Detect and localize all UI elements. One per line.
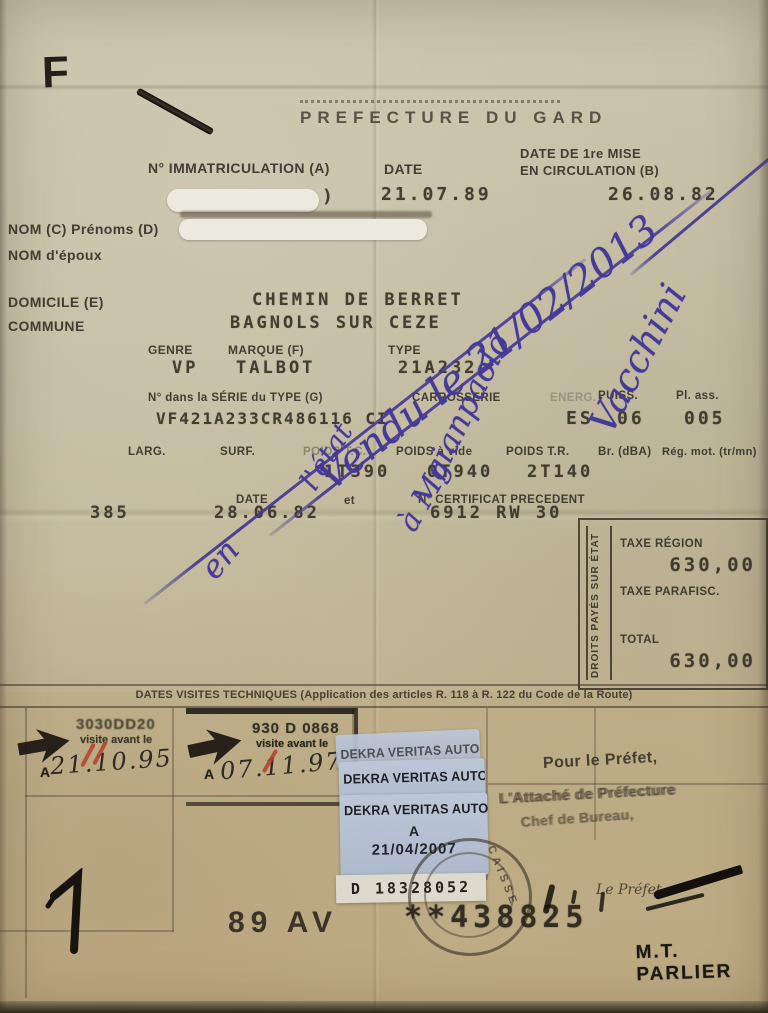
- poids-tr-value: 2T140: [527, 462, 593, 482]
- places-label: Pl. ass.: [676, 390, 719, 402]
- faint-dashed-line: [300, 100, 560, 103]
- inspection-stamp-2: 930 D 0868 visite avant le A 07.11.97: [186, 708, 358, 806]
- band-line-top: [0, 684, 768, 686]
- dekra-header: DEKRA VERITAS AUTO: [343, 768, 481, 787]
- certificat-value: 6912 RW 30: [430, 503, 562, 523]
- poids-tr-label: POIDS T.R.: [506, 446, 569, 458]
- stamp1-number: 3030DD20: [76, 716, 156, 733]
- visites-band-title: DATES VISITES TECHNIQUES (Application de…: [0, 689, 768, 701]
- serie-value: VF421A233CR486116 CI: [156, 409, 389, 428]
- paren-fragment: ): [322, 186, 336, 207]
- commune-value: BAGNOLS SUR CEZE: [230, 313, 442, 333]
- taxe-region-label: TAXE RÉGION: [620, 538, 703, 550]
- stamp2-letter: A: [204, 766, 214, 782]
- page-title: PREFECTURE DU GARD: [300, 108, 607, 128]
- country-letter: F: [41, 48, 70, 99]
- type-label: TYPE: [388, 343, 421, 357]
- smudge-bar: [180, 211, 432, 218]
- redaction-name: [179, 219, 427, 240]
- stamp2-handwritten-date: 07.11.97: [219, 747, 344, 786]
- stamp1-handwritten-date: 21.10.95: [49, 744, 174, 781]
- taxe-parafisc-label: TAXE PARAFISC.: [620, 586, 720, 598]
- total-value: 630,00: [669, 650, 756, 672]
- code-89av: 89 AV: [228, 906, 338, 940]
- inspection-stamp-1: 3030DD20 visite avant le A 21.10.95: [14, 714, 172, 794]
- redaction-immatriculation: [167, 189, 319, 212]
- et-label: et: [344, 495, 355, 507]
- handwriting-en: en: [193, 532, 248, 587]
- band-line-bottom: [0, 706, 768, 708]
- bottom-scan-edge: [0, 1001, 768, 1013]
- surf-label: SURF.: [220, 446, 255, 458]
- domicile-label: DOMICILE (E): [8, 294, 104, 310]
- handwritten-one: [44, 868, 114, 958]
- genre-value: VP: [172, 358, 198, 378]
- taxe-region-value: 630,00: [669, 554, 756, 576]
- marque-value: TALBOT: [236, 358, 315, 378]
- pen-mark-top: [136, 88, 215, 136]
- reg-mot-label: Rég. mot. (tr/mn): [662, 446, 757, 458]
- larg-label: LARG.: [128, 446, 166, 458]
- mise-circulation-label-line2: EN CIRCULATION (B): [520, 163, 659, 178]
- scanned-registration-document: F PREFECTURE DU GARD N° IMMATRICULATION …: [0, 0, 768, 1013]
- stamp2-number: 930 D 0868: [252, 720, 340, 737]
- commune-label: COMMUNE: [8, 318, 85, 334]
- date-label: DATE: [384, 161, 423, 177]
- marque-label: MARQUE (F): [228, 343, 304, 357]
- serie-label: N° dans la SÉRIE du TYPE (G): [148, 392, 323, 404]
- fold-crease-horizontal: [0, 84, 768, 90]
- total-label: TOTAL: [620, 634, 659, 646]
- num-left-value: 385: [90, 503, 130, 523]
- immatriculation-label: N° IMMATRICULATION (A): [148, 160, 330, 176]
- dotted-serial-number: **438825: [404, 900, 589, 935]
- mise-circulation-label-line1: DATE DE 1re MISE: [520, 146, 641, 161]
- signature-name: M.T. PARLIER: [635, 938, 768, 987]
- places-value: 005: [684, 408, 726, 429]
- tax-box: DROITS PAYÉS SUR ÉTAT TAXE RÉGION 630,00…: [578, 518, 768, 690]
- dekra-header: DEKRA VERITAS AUTO: [344, 801, 483, 818]
- domicile-value: CHEMIN DE BERRET: [252, 290, 464, 310]
- nom-epoux-label: NOM d'époux: [8, 247, 102, 263]
- br-label: Br. (dBA): [598, 446, 651, 458]
- tax-side-label: DROITS PAYÉS SUR ÉTAT: [590, 528, 601, 678]
- stamp1-letter: A: [40, 764, 50, 780]
- nom-label: NOM (C) Prénoms (D): [8, 221, 159, 237]
- grid-v-1: [172, 708, 174, 932]
- tax-box-side-strip: DROITS PAYÉS SUR ÉTAT: [586, 526, 612, 680]
- date-value: 21.07.89: [381, 184, 492, 205]
- genre-label: GENRE: [148, 343, 193, 357]
